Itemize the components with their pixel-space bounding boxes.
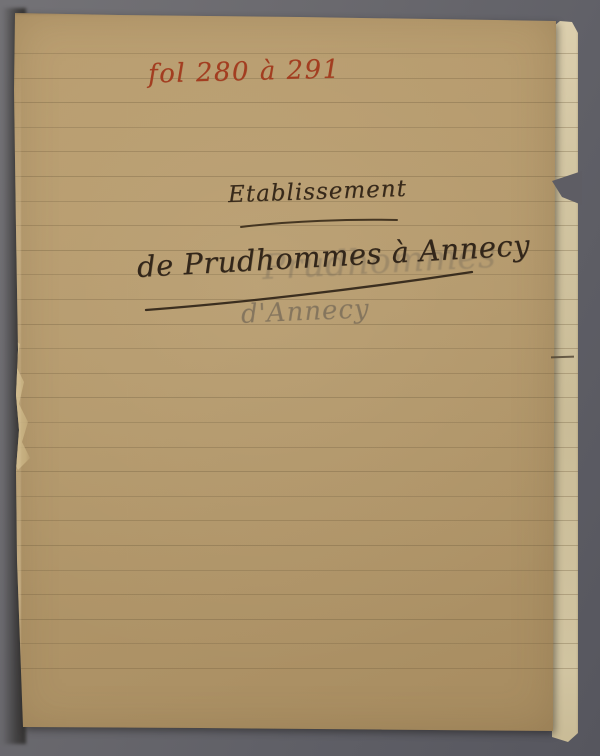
- cover-page-wrap: [0, 0, 600, 756]
- left-edge-wear: [14, 51, 21, 691]
- ruled-lines: [12, 11, 558, 733]
- pencil-note: d'Annecy: [240, 294, 370, 330]
- notebook-cover-page: [12, 11, 558, 733]
- archive-scan-photo: Prudhommes fol 280 à 291 Etablissement d…: [0, 0, 600, 756]
- folio-note: fol 280 à 291: [148, 54, 341, 89]
